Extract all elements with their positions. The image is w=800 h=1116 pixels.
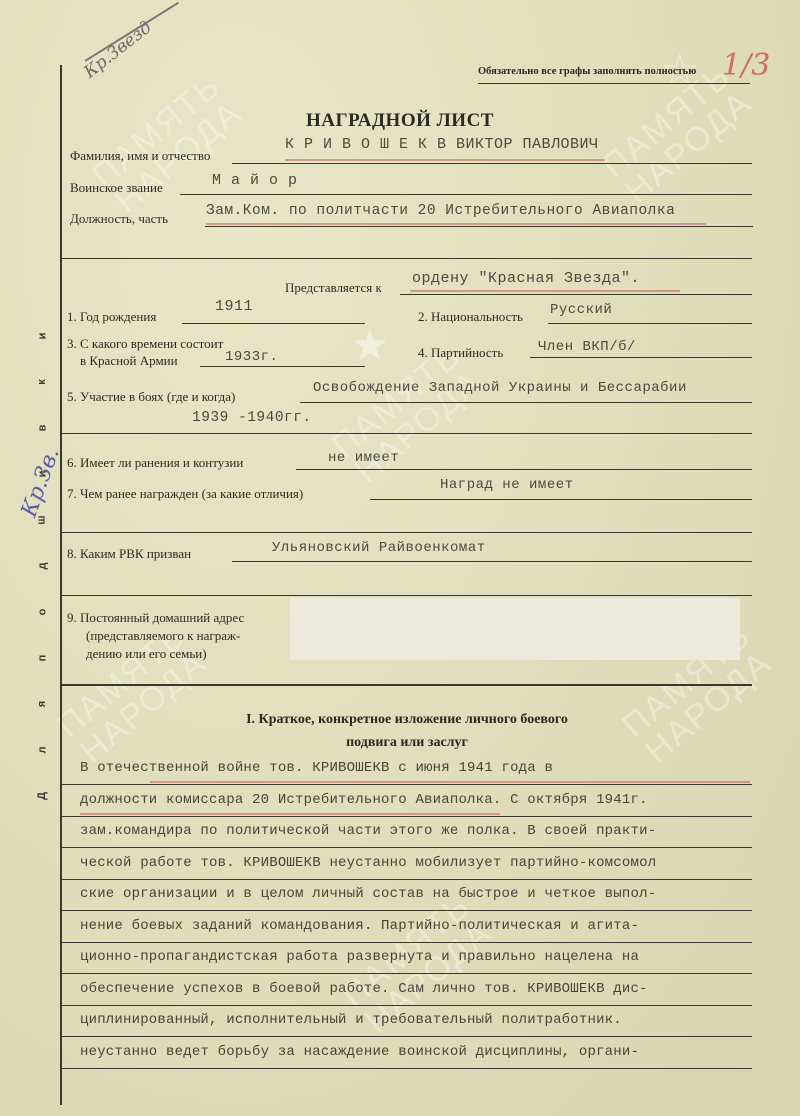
rvk-value: Ульяновский Райвоенкомат (272, 540, 486, 556)
party-label: 4. Партийность (418, 345, 503, 361)
red-underline (80, 813, 500, 815)
field-line (62, 595, 752, 596)
document-title: НАГРАДНОЙ ЛИСТ (306, 110, 494, 132)
notice-underline (478, 83, 750, 84)
ruled-line (62, 973, 752, 974)
ruled-line (62, 1036, 752, 1037)
field-line (400, 294, 752, 295)
ruled-line (62, 1005, 752, 1006)
rank-label: Воинское звание (70, 180, 163, 196)
address-label: 9. Постоянный домашний адрес (67, 610, 244, 626)
narrative-line: неустанно ведет борьбу за насаждение вои… (80, 1044, 639, 1060)
presented-to-label: Представляется к (285, 280, 382, 296)
narrative-line: В отечественной войне тов. КРИВОШЕКВ с и… (80, 760, 553, 776)
narrative-line: ские организации и в целом личный состав… (80, 886, 656, 902)
field-line (530, 357, 752, 358)
corner-slash (85, 2, 179, 62)
red-underline (410, 290, 680, 292)
battles-label: 5. Участие в боях (где и когда) (67, 389, 235, 405)
handwritten-margin-note: Кр.Зв. (17, 445, 65, 521)
handwritten-corner-note: Кр.Звезд (80, 17, 155, 82)
ruled-line (62, 910, 752, 911)
ruled-line (62, 942, 752, 943)
field-line (548, 323, 752, 324)
presented-to-value: ордену "Красная Звезда". (412, 270, 640, 287)
position-value: Зам.Ком. по политчасти 20 Истребительног… (206, 203, 675, 219)
section-heading: I. Краткое, конкретное изложение личного… (62, 712, 752, 728)
ruled-line (62, 784, 752, 785)
field-line (62, 433, 752, 434)
field-line (300, 402, 752, 403)
army-since-label-2: в Красной Армии (80, 353, 178, 369)
birth-year-value: 1911 (215, 298, 253, 315)
field-line (232, 163, 752, 164)
position-label: Должность, часть (70, 211, 168, 227)
watermark: ПАМЯТЬНАРОДА (86, 68, 249, 220)
narrative-line: ческой работе тов. КРИВОШЕКВ неустанно м… (80, 855, 656, 871)
field-line (370, 499, 752, 500)
red-underline (150, 781, 750, 783)
address-label-3: дению или его семьи) (86, 646, 207, 662)
ruled-line (62, 816, 752, 817)
ruled-line (62, 1068, 752, 1069)
battles-years: 1939 -1940гг. (192, 410, 312, 426)
field-line (180, 194, 752, 195)
field-line (182, 323, 365, 324)
ruled-line (62, 879, 752, 880)
wounds-label: 6. Имеет ли ранения и контузии (67, 455, 243, 471)
army-since-value: 1933г. (225, 349, 278, 365)
party-value: Член ВКП/б/ (538, 339, 636, 355)
section-heading-2: подвига или заслуг (62, 735, 752, 751)
field-line (62, 258, 752, 259)
margin-vertical-text: и к в и ш д о п я л Д (32, 330, 52, 802)
birth-year-label: 1. Год рождения (67, 309, 156, 325)
narrative-line: зам.командира по политической части этог… (80, 823, 656, 839)
red-pencil-mark: 1/3 (722, 48, 770, 83)
rank-value: М а й о р (212, 172, 298, 189)
nationality-label: 2. Национальность (418, 309, 523, 325)
full-name-label: Фамилия, имя и отчество (70, 148, 210, 164)
redacted-address (290, 598, 740, 660)
army-since-label: 3. С какого времени состоит (67, 336, 223, 352)
fill-all-fields-notice: Обязательно все графы заполнять полность… (478, 66, 696, 77)
narrative-line: должности комиссара 20 Истребительного А… (80, 792, 648, 808)
rvk-label: 8. Каким РВК призван (67, 546, 191, 562)
wounds-value: не имеет (328, 450, 399, 466)
address-label-2: (представляемого к награж- (86, 628, 240, 644)
field-line (296, 469, 752, 470)
prior-awards-value: Наград не имеет (440, 477, 574, 493)
binding-margin-rule (60, 65, 62, 1105)
field-line (200, 366, 365, 367)
field-line (205, 226, 753, 227)
red-underline (206, 223, 706, 225)
red-underline (285, 159, 605, 161)
nationality-value: Русский (550, 302, 612, 318)
ruled-line (62, 847, 752, 848)
battles-value: Освобождение Западной Украины и Бессараб… (313, 380, 687, 396)
section-divider (62, 684, 752, 686)
full-name-value: К Р И В О Ш Е К В ВИКТОР ПАВЛОВИЧ (285, 136, 599, 153)
field-line (62, 532, 752, 533)
narrative-line: нение боевых заданий командования. Парти… (80, 918, 639, 934)
narrative-line: циплинированный, исполнительный и требов… (80, 1012, 622, 1028)
star-watermark-icon: ★ (350, 320, 389, 371)
narrative-line: обеспечение успехов в боевой работе. Сам… (80, 981, 648, 997)
narrative-line: ционно-пропагандистская работа развернут… (80, 949, 639, 965)
prior-awards-label: 7. Чем ранее награжден (за какие отличия… (67, 486, 303, 502)
field-line (232, 561, 752, 562)
